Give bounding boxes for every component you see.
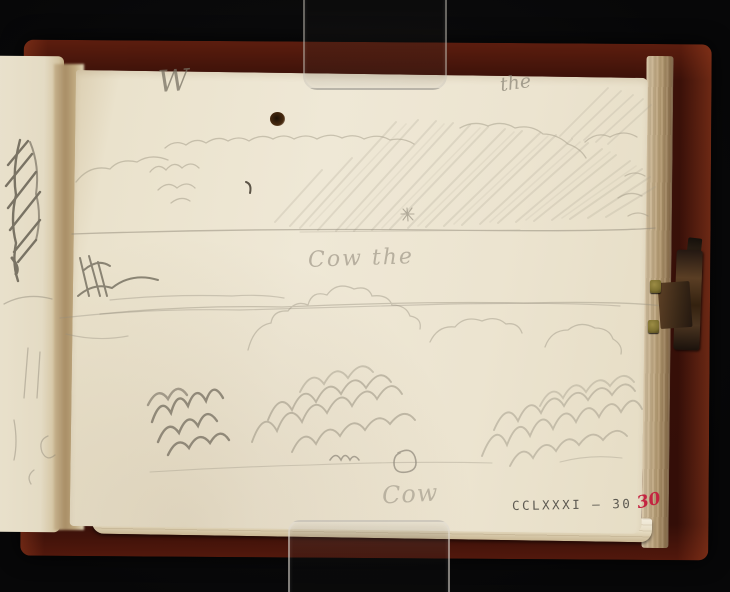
inscription-middle: Cow the bbox=[308, 244, 415, 273]
inscription-top-right: the bbox=[499, 70, 533, 96]
brass-stud-icon bbox=[648, 320, 659, 333]
brass-stud-icon bbox=[650, 280, 661, 293]
turner-bequest-stamp: CCLXXXI — 30 bbox=[512, 496, 633, 513]
top-transparent-clip bbox=[303, 0, 447, 90]
inscription-top-left: W bbox=[157, 63, 190, 100]
bottom-transparent-clip bbox=[288, 520, 450, 592]
inscription-bottom: Cow bbox=[381, 479, 439, 510]
clasp-cross-piece bbox=[657, 281, 692, 329]
sketchbook-photo: W the Cow the Cow CCLXXXI — 30 30 bbox=[0, 0, 730, 592]
ink-spot bbox=[270, 112, 285, 126]
cover-clasp bbox=[645, 246, 715, 354]
sketch-page bbox=[70, 70, 648, 534]
